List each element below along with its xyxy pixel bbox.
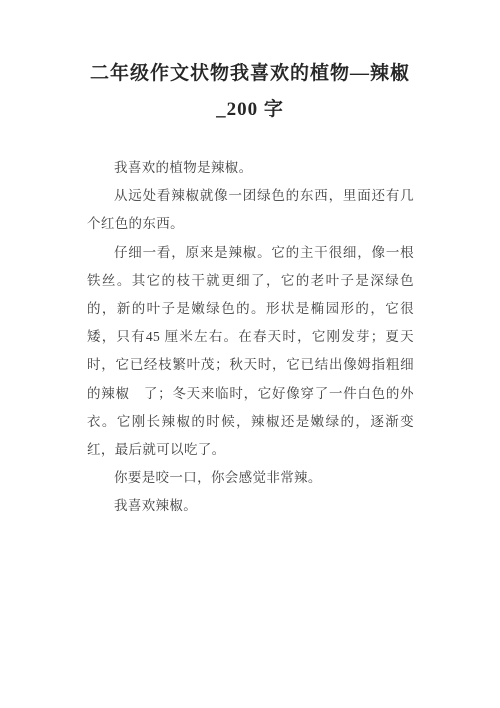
paragraph: 仔细一看，原来是辣椒。它的主干很细，像一根铁丝。其它的枝干就更细了，它的老叶子是… (87, 239, 414, 465)
document-page: 二年级作文状物我喜欢的植物—辣椒 _200 字 我喜欢的植物是辣椒。 从远处看辣… (0, 0, 500, 708)
document-title-line1: 二年级作文状物我喜欢的植物—辣椒 (60, 56, 440, 92)
paragraph: 从远处看辣椒就像一团绿色的东西，里面还有几个红色的东西。 (87, 182, 414, 238)
paragraph: 我喜欢辣椒。 (87, 492, 414, 520)
paragraph: 你要是咬一口，你会感觉非常辣。 (87, 464, 414, 492)
paragraph: 我喜欢的植物是辣椒。 (87, 154, 414, 182)
document-title-line2: _200 字 (60, 92, 440, 128)
document-body: 我喜欢的植物是辣椒。 从远处看辣椒就像一团绿色的东西，里面还有几个红色的东西。 … (87, 154, 414, 521)
document-title: 二年级作文状物我喜欢的植物—辣椒 _200 字 (0, 56, 500, 128)
